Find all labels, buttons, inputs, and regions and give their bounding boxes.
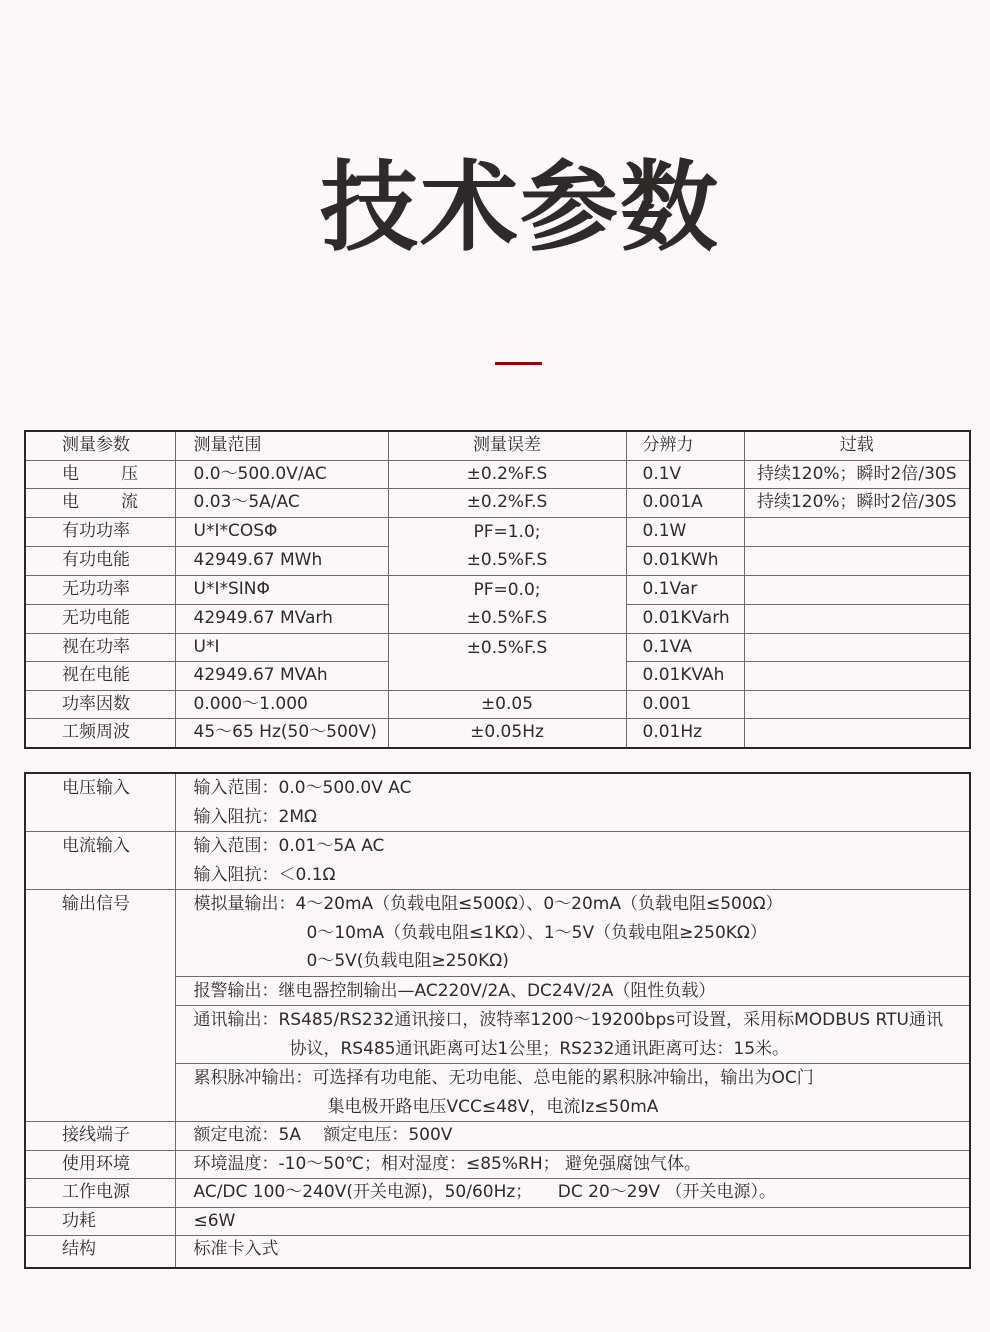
row-label: 工作电源 [25, 1179, 175, 1208]
table-header-row: 测量参数 测量范围 测量误差 分辨力 过载 [25, 431, 970, 460]
overload-cell: 持续120%；瞬时2倍/30S [744, 489, 970, 518]
overload-cell [744, 546, 970, 575]
resolution-cell: 0.01KVarh [626, 604, 744, 633]
overload-cell [744, 575, 970, 604]
param-cell: 无功功率 [25, 575, 175, 604]
value-line: 0～10mA（负载电阻≤1KΩ）、1～5V（负载电阻≥250KΩ） [194, 919, 970, 948]
table-row: 功耗 ≤6W [25, 1207, 970, 1236]
label-text: 输出信号 [62, 890, 175, 919]
table-row: 使用环境 环境温度：-10～50℃；相对湿度：≤85%RH； 避免强腐蚀气体。 [25, 1150, 970, 1179]
value-line: 协议，RS485通讯距离可达1公里；RS232通讯距离可达：15米。 [194, 1035, 970, 1064]
row-value-analog: 模拟量输出：4～20mA（负载电阻≤500Ω）、0～20mA（负载电阻≤500Ω… [175, 890, 970, 977]
param-cell: 电流 [25, 489, 175, 518]
value-line: 输入阻抗：2MΩ [194, 803, 970, 832]
value-line: 集电极开路电压VCC≤48V，电流Iz≤50mA [194, 1093, 970, 1122]
table-row: 工频周波 45～65 Hz(50～500V) ±0.05Hz 0.01Hz [25, 719, 970, 748]
measurement-spec-table: 测量参数 测量范围 测量误差 分辨力 过载 电压 0.0～500.0V/AC ±… [24, 430, 971, 749]
error-line: PF=0.0; [389, 576, 626, 605]
table-row: 有功功率 U*I*COSΦ PF=1.0;±0.5%F.S 0.1W [25, 517, 970, 546]
row-value: 输入范围：0.0～500.0V AC 输入阻抗：2MΩ [175, 773, 970, 832]
table-row: 输出信号 模拟量输出：4～20mA（负载电阻≤500Ω）、0～20mA（负载电阻… [25, 890, 970, 977]
resolution-cell: 0.1VA [626, 633, 744, 662]
table-row: 电压 0.0～500.0V/AC ±0.2%F.S 0.1V 持续120%；瞬时… [25, 460, 970, 489]
resolution-cell: 0.01Hz [626, 719, 744, 748]
param-cell: 有功功率 [25, 517, 175, 546]
value-line: 输入范围：0.0～500.0V AC [194, 774, 970, 803]
value-line: 输入阻抗：＜0.1Ω [194, 861, 970, 890]
resolution-cell: 0.1V [626, 460, 744, 489]
value-line: 模拟量输出：4～20mA（负载电阻≤500Ω）、0～20mA（负载电阻≤500Ω… [194, 890, 970, 919]
error-cell: ±0.05 [388, 690, 626, 719]
label-text: 电流输入 [62, 832, 175, 861]
row-value: 环境温度：-10～50℃；相对湿度：≤85%RH； 避免强腐蚀气体。 [175, 1150, 970, 1179]
value-line: 0～5V(负载电阻≥250KΩ) [194, 947, 970, 976]
range-cell: 0.03～5A/AC [175, 489, 388, 518]
row-label: 功耗 [25, 1207, 175, 1236]
param-char: 电 [62, 489, 79, 517]
row-label: 输出信号 [25, 890, 175, 1122]
error-cell: ±0.2%F.S [388, 489, 626, 518]
range-cell: 0.0～500.0V/AC [175, 460, 388, 489]
row-label: 电压输入 [25, 773, 175, 832]
value-line: 报警输出：继电器控制输出—AC220V/2A、DC24V/2A（阻性负载） [194, 977, 970, 1006]
value-line: 累积脉冲输出：可选择有功电能、无功电能、总电能的累积脉冲输出，输出为OC门 [194, 1064, 970, 1093]
error-cell-merged: PF=1.0;±0.5%F.S [388, 517, 626, 575]
header-param: 测量参数 [25, 431, 175, 460]
header-overload: 过载 [744, 431, 970, 460]
row-label: 电流输入 [25, 832, 175, 890]
row-label: 接线端子 [25, 1122, 175, 1151]
overload-cell [744, 633, 970, 662]
overload-cell [744, 604, 970, 633]
overload-cell [744, 690, 970, 719]
table-row: 无功功率 U*I*SINΦ PF=0.0;±0.5%F.S 0.1Var [25, 575, 970, 604]
range-cell: 0.000～1.000 [175, 690, 388, 719]
error-cell-merged: PF=0.0;±0.5%F.S [388, 575, 626, 633]
range-cell: 42949.67 MWh [175, 546, 388, 575]
param-char: 压 [121, 461, 138, 489]
overload-cell [744, 662, 970, 691]
param-cell: 工频周波 [25, 719, 175, 748]
param-char: 流 [121, 489, 138, 517]
row-label: 使用环境 [25, 1150, 175, 1179]
table-row: 结构 标准卡入式 [25, 1236, 970, 1269]
error-line: ±0.5%F.S [389, 604, 626, 633]
range-cell: U*I*SINΦ [175, 575, 388, 604]
error-cell-merged: ±0.5%F.S [388, 633, 626, 690]
value-line: 通讯输出：RS485/RS232通讯接口，波特率1200～19200bps可设置… [194, 1006, 970, 1035]
param-cell: 电压 [25, 460, 175, 489]
table-row: 接线端子 额定电流：5A 额定电压：500V [25, 1122, 970, 1151]
error-cell: ±0.2%F.S [388, 460, 626, 489]
row-value-alarm: 报警输出：继电器控制输出—AC220V/2A、DC24V/2A（阻性负载） [175, 976, 970, 1006]
resolution-cell: 0.01KWh [626, 546, 744, 575]
range-cell: 42949.67 MVAh [175, 662, 388, 691]
row-value: ≤6W [175, 1207, 970, 1236]
value-line: 输入范围：0.01～5A AC [194, 832, 970, 861]
header-resolution: 分辨力 [626, 431, 744, 460]
resolution-cell: 0.1W [626, 517, 744, 546]
row-value: AC/DC 100～240V(开关电源)，50/60Hz； DC 20～29V … [175, 1179, 970, 1208]
resolution-cell: 0.001 [626, 690, 744, 719]
label-text: 电压输入 [62, 774, 175, 803]
row-value-pulse: 累积脉冲输出：可选择有功电能、无功电能、总电能的累积脉冲输出，输出为OC门 集电… [175, 1064, 970, 1122]
param-cell: 有功电能 [25, 546, 175, 575]
header-range: 测量范围 [175, 431, 388, 460]
table-row: 电流输入 输入范围：0.01～5A AC 输入阻抗：＜0.1Ω [25, 832, 970, 890]
param-cell: 视在电能 [25, 662, 175, 691]
table-row: 视在功率 U*I ±0.5%F.S 0.1VA [25, 633, 970, 662]
range-cell: U*I [175, 633, 388, 662]
param-cell: 功率因数 [25, 690, 175, 719]
error-line: ±0.5%F.S [389, 546, 626, 575]
table-row: 电流 0.03～5A/AC ±0.2%F.S 0.001A 持续120%；瞬时2… [25, 489, 970, 518]
header-error: 测量误差 [388, 431, 626, 460]
error-line: ±0.5%F.S [389, 634, 626, 663]
range-cell: U*I*COSΦ [175, 517, 388, 546]
page-title: 技术参数 [0, 148, 990, 268]
title-accent-divider [495, 362, 542, 365]
param-cell: 视在功率 [25, 633, 175, 662]
param-cell: 无功电能 [25, 604, 175, 633]
general-spec-table: 电压输入 输入范围：0.0～500.0V AC 输入阻抗：2MΩ 电流输入 输入… [24, 772, 971, 1269]
overload-cell [744, 517, 970, 546]
row-value: 标准卡入式 [175, 1236, 970, 1269]
range-cell: 42949.67 MVarh [175, 604, 388, 633]
row-value: 输入范围：0.01～5A AC 输入阻抗：＜0.1Ω [175, 832, 970, 890]
table-row: 功率因数 0.000～1.000 ±0.05 0.001 [25, 690, 970, 719]
row-value: 额定电流：5A 额定电压：500V [175, 1122, 970, 1151]
resolution-cell: 0.01KVAh [626, 662, 744, 691]
error-cell: ±0.05Hz [388, 719, 626, 748]
row-value-comm: 通讯输出：RS485/RS232通讯接口，波特率1200～19200bps可设置… [175, 1006, 970, 1064]
error-line: PF=1.0; [389, 518, 626, 547]
range-cell: 45～65 Hz(50～500V) [175, 719, 388, 748]
param-char: 电 [62, 461, 79, 489]
overload-cell: 持续120%；瞬时2倍/30S [744, 460, 970, 489]
row-label: 结构 [25, 1236, 175, 1269]
table-row: 电压输入 输入范围：0.0～500.0V AC 输入阻抗：2MΩ [25, 773, 970, 832]
resolution-cell: 0.1Var [626, 575, 744, 604]
overload-cell [744, 719, 970, 748]
table-row: 工作电源 AC/DC 100～240V(开关电源)，50/60Hz； DC 20… [25, 1179, 970, 1208]
resolution-cell: 0.001A [626, 489, 744, 518]
